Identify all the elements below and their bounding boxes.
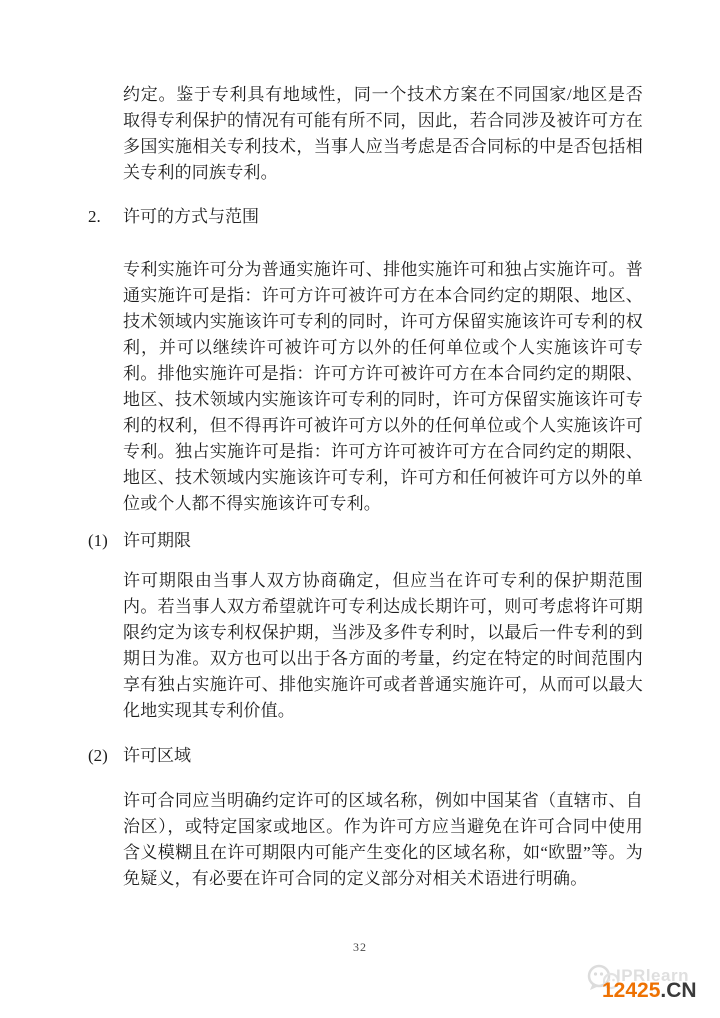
paragraph-continuation: 约定。鉴于专利具有地域性，同一个技术方案在不同国家/地区是否取得专利保护的情况有… xyxy=(123,82,643,186)
section-2-paragraph: 专利实施许可分为普通实施许可、排他实施许可和独占实施许可。普通实施许可是指：许可… xyxy=(123,257,643,517)
subsection-1-paragraph: 许可期限由当事人双方协商确定，但应当在许可专利的保护期范围内。若当事人双方希望就… xyxy=(123,568,643,724)
watermark-brand-suffix: .CN xyxy=(660,979,696,1002)
section-2-title: 许可的方式与范围 xyxy=(123,207,259,226)
watermark-brand-main: 12425.CN xyxy=(602,979,697,1003)
subsection-1-title: 许可期限 xyxy=(123,531,191,550)
subsection-1-number: (1) xyxy=(88,528,123,554)
document-page: 约定。鉴于专利具有地域性，同一个技术方案在不同国家/地区是否取得专利保护的情况有… xyxy=(0,0,720,1018)
subsection-2-paragraph: 许可合同应当明确约定许可的区域名称，例如中国某省（直辖市、自治区），或特定国家或… xyxy=(123,788,643,892)
watermark: IPRlearn 12425.CN xyxy=(586,962,718,1012)
section-2-heading: 2.许可的方式与范围 xyxy=(88,204,259,230)
watermark-brand-number: 12425 xyxy=(602,979,660,1002)
subsection-1-heading: (1)许可期限 xyxy=(88,528,191,554)
page-number: 32 xyxy=(0,940,720,955)
subsection-2-number: (2) xyxy=(88,743,123,769)
subsection-2-heading: (2)许可区域 xyxy=(88,743,191,769)
section-2-number: 2. xyxy=(88,204,123,230)
subsection-2-title: 许可区域 xyxy=(123,746,191,765)
